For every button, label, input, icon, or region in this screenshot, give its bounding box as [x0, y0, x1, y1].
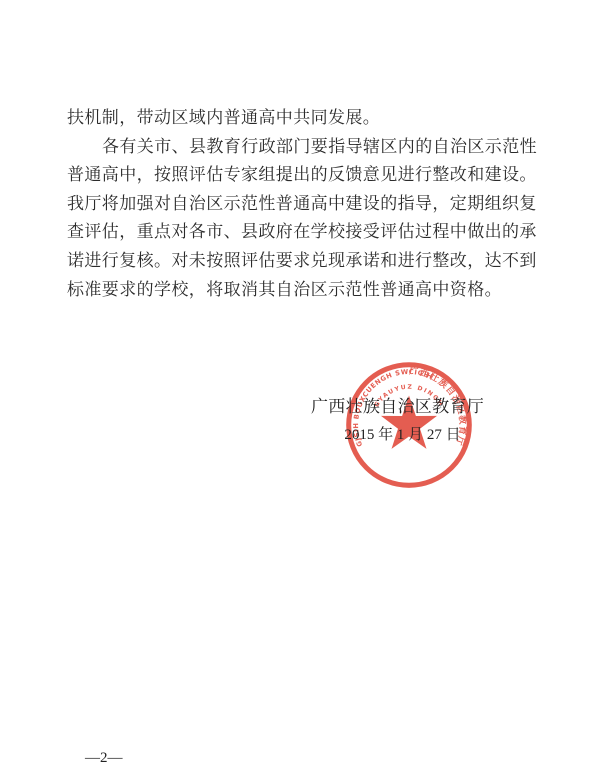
body-line: 普通高中，按照评估专家组提出的反馈意见进行整改和建设。: [67, 161, 545, 190]
body-line: 扶机制，带动区域内普通高中共同发展。: [67, 104, 545, 133]
signature-date: 2015 年 1 月 27 日: [330, 426, 475, 445]
seal-ring: [349, 365, 470, 486]
body-line: 诺进行复核。对未按照评估要求兑现承诺和进行整改，达不到: [67, 247, 545, 276]
page-number: —2—: [85, 750, 123, 767]
document-page: 扶机制，带动区域内普通高中共同发展。 各有关市、县教育行政部门要指导辖区内的自治…: [0, 0, 591, 783]
body-line: 查评估，重点对各市、县政府在学校接受评估过程中做出的承: [67, 218, 545, 247]
official-seal-stamp: GVANGJSIH BOUXCUENGH SWCIGIH 广西壮族自治区教育厅 …: [342, 356, 476, 494]
body-line: 各有关市、县教育行政部门要指导辖区内的自治区示范性: [67, 133, 545, 162]
body-line: 标准要求的学校，将取消其自治区示范性普通高中资格。: [67, 276, 545, 305]
signature-issuer: 广西壮族自治区教育厅: [311, 397, 486, 417]
body-line: 我厅将加强对自治区示范性普通高中建设的指导，定期组织复: [67, 190, 545, 219]
body-paragraphs: 扶机制，带动区域内普通高中共同发展。 各有关市、县教育行政部门要指导辖区内的自治…: [67, 104, 545, 304]
